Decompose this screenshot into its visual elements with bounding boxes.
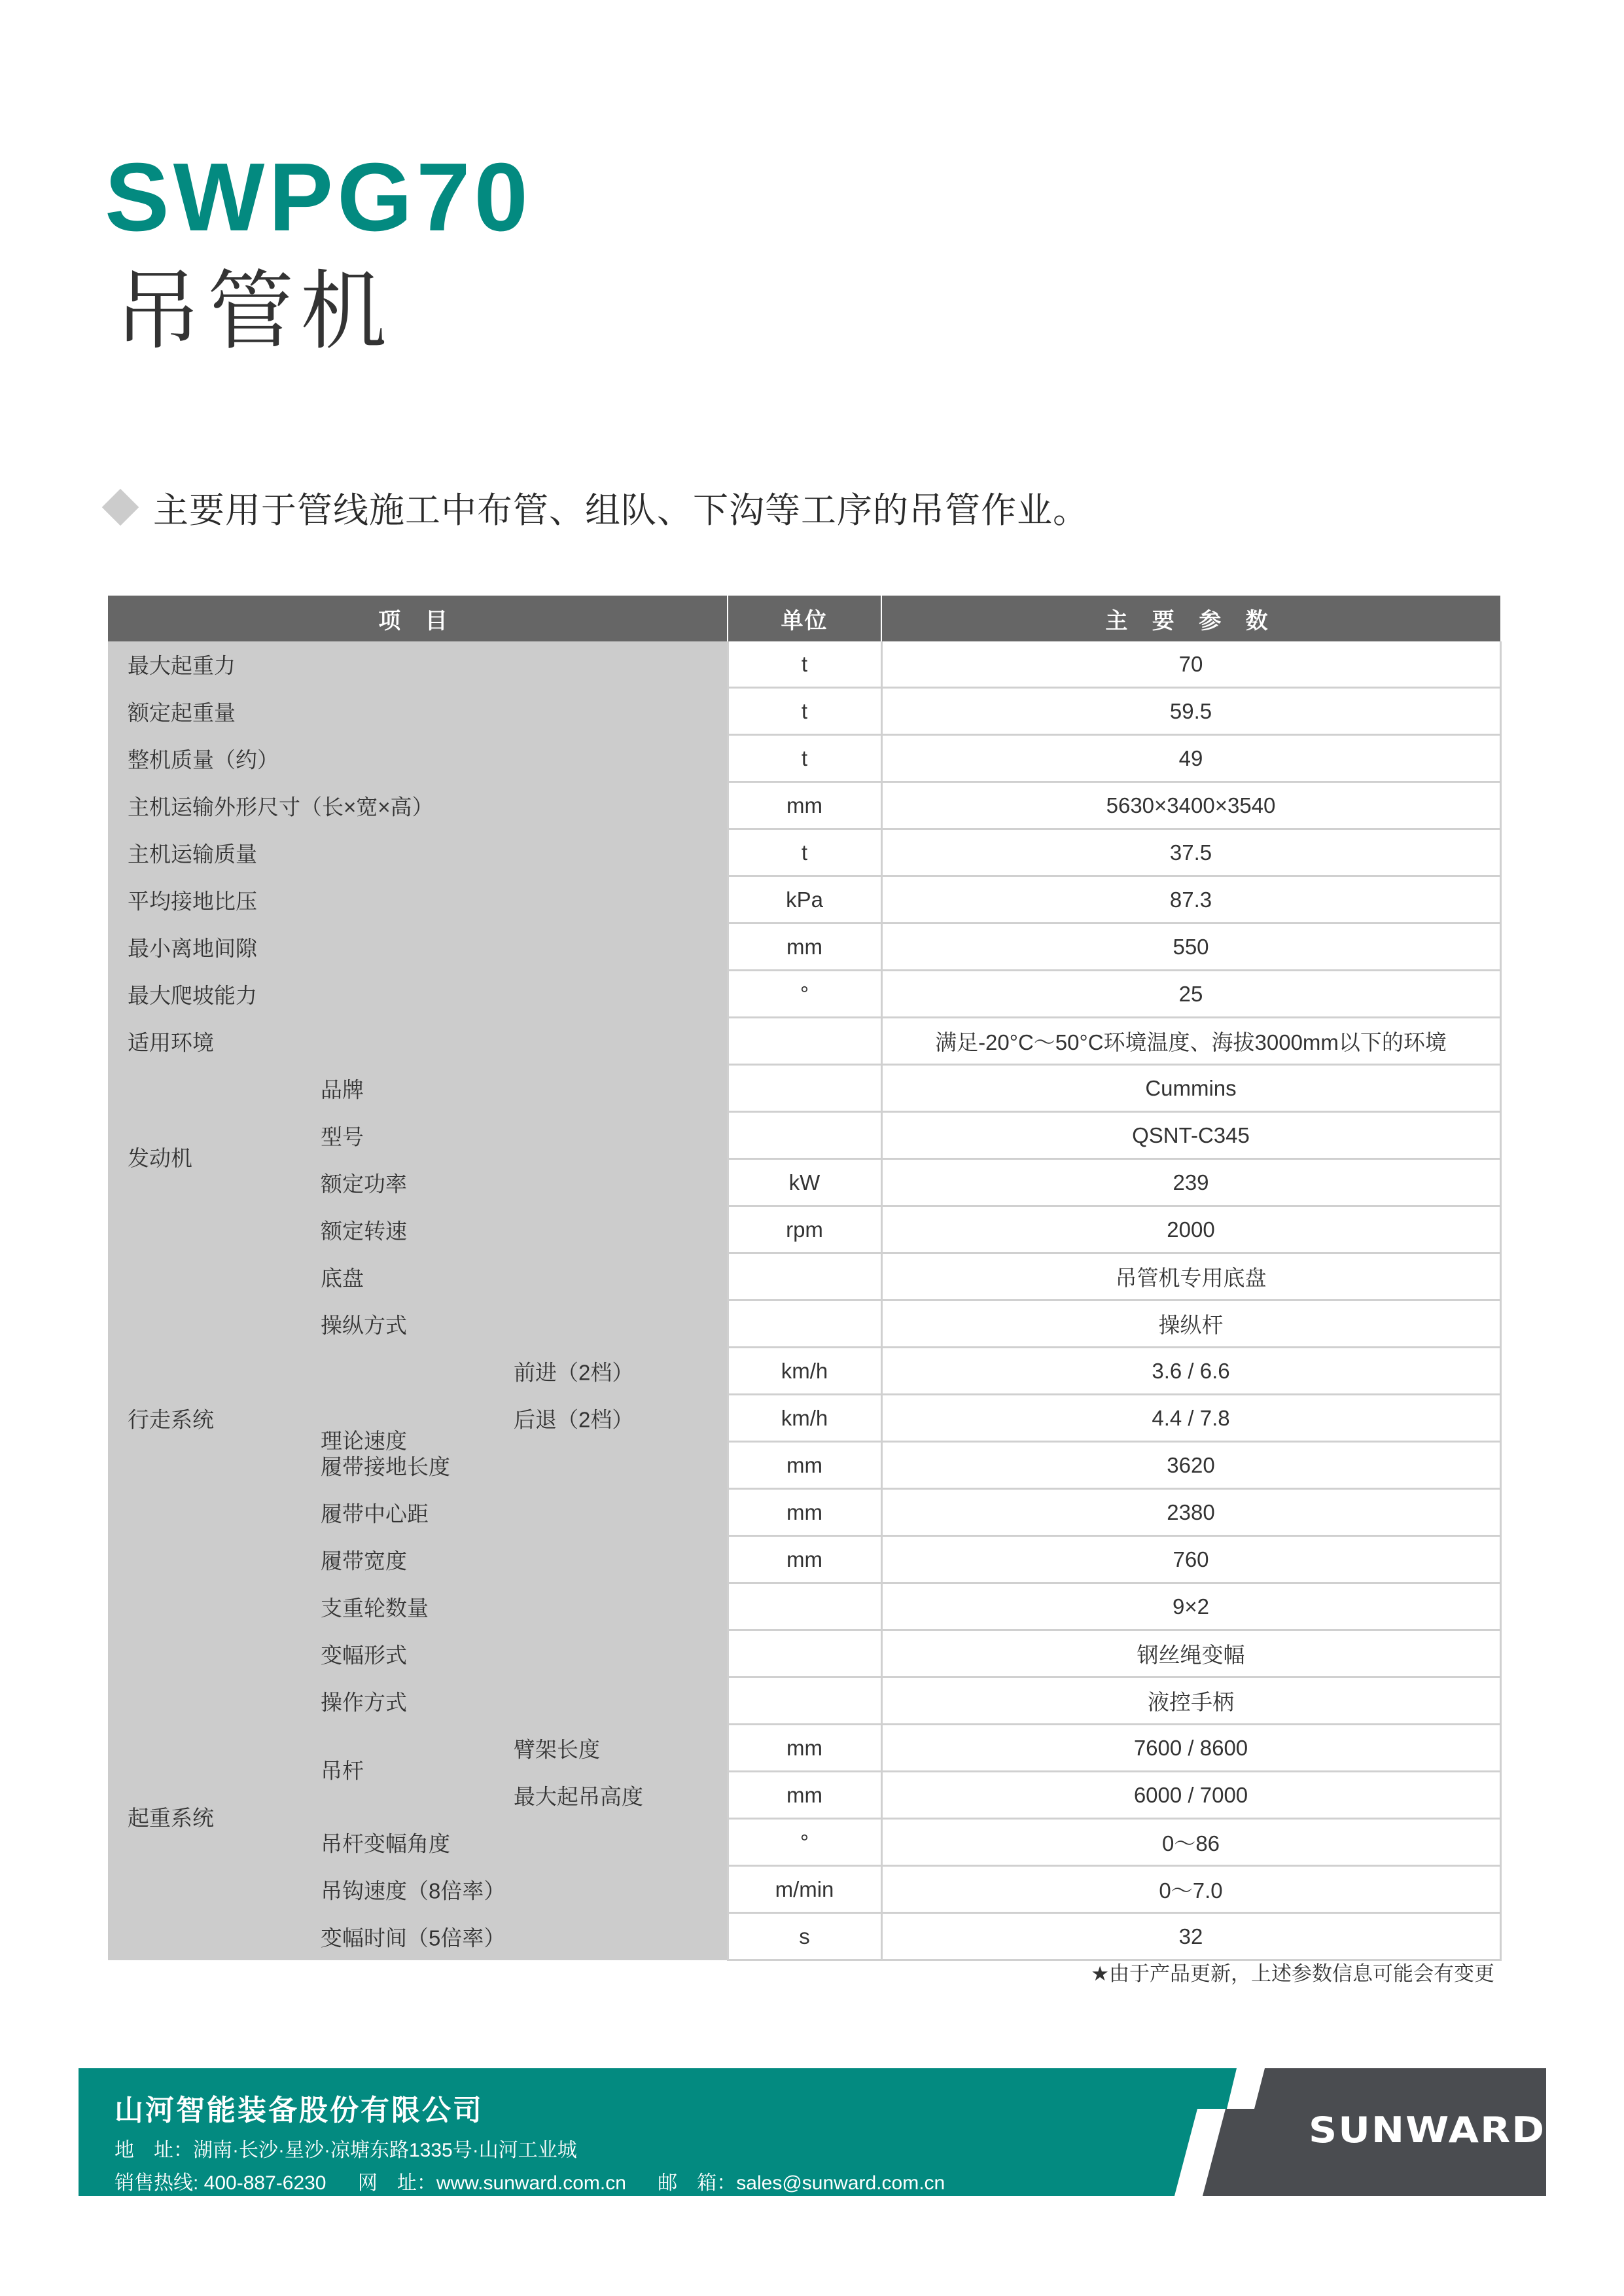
item-subcategory: 履带宽度 [321,1544,407,1575]
value-cell: 液控手柄 [881,1677,1500,1725]
item-cell: 最大起重力 [108,641,728,688]
table-row: 吊杆变幅角度°0～86 [108,1819,1500,1866]
item-category: 适用环境 [128,1026,214,1056]
unit-cell: kW [728,1159,881,1206]
item-cell: 操作方式 [108,1677,728,1725]
unit-cell: mm [728,1725,881,1772]
item-cell: 平均接地比压 [108,876,728,924]
table-row: 操纵方式操纵杆 [108,1300,1500,1348]
item-category: 主机运输质量 [128,837,257,868]
item-cell: 吊钩速度（8倍率） [108,1866,728,1913]
unit-cell: t [728,688,881,735]
unit-cell: t [728,641,881,688]
table-row: 起重系统最大起吊高度mm6000 / 7000 [108,1772,1500,1819]
table-row: 平均接地比压kPa87.3 [108,876,1500,924]
item-cell: 发动机型号 [108,1112,728,1159]
diamond-bullet-icon [102,489,139,526]
unit-cell: km/h [728,1395,881,1442]
unit-cell: mm [728,782,881,829]
item-cell: 最大爬坡能力 [108,971,728,1018]
table-row: 支重轮数量9×2 [108,1583,1500,1630]
table-row: 额定转速rpm2000 [108,1206,1500,1253]
item-cell: 底盘 [108,1253,728,1300]
item-subcategory: 品牌 [321,1073,364,1103]
footer-banner: 山河智能装备股份有限公司 地 址：湖南·长沙·星沙·凉塘东路1335号·山河工业… [79,2068,1546,2196]
table-row: 变幅时间（5倍率）s32 [108,1913,1500,1960]
item-cell: 履带接地长度 [108,1442,728,1489]
table-row: 履带宽度mm760 [108,1536,1500,1583]
table-row: 额定起重量t59.5 [108,688,1500,735]
website-link[interactable]: 网 址：www.sunward.com.cn [358,2172,626,2194]
item-category: 最小离地间隙 [128,931,257,962]
item-subcategory: 吊杆变幅角度 [321,1827,450,1857]
spec-table: 项 目 单位 主 要 参 数 最大起重力t70额定起重量t59.5整机质量（约）… [108,596,1502,1961]
table-row: 额定功率kW239 [108,1159,1500,1206]
unit-cell: kPa [728,876,881,924]
item-cell: 变幅时间（5倍率） [108,1913,728,1960]
item-subcategory: 操纵方式 [321,1308,407,1339]
disclaimer-note: ★由于产品更新，上述参数信息可能会有变更 [1091,1957,1494,1986]
item-subcategory: 变幅时间（5倍率） [321,1921,505,1952]
item-cell: 吊杆臂架长度 [108,1725,728,1772]
unit-cell: mm [728,1772,881,1819]
item-cell: 最小离地间隙 [108,924,728,971]
unit-cell [728,1677,881,1725]
value-cell: 操纵杆 [881,1300,1500,1348]
item-cell: 适用环境 [108,1018,728,1065]
unit-cell: mm [728,1536,881,1583]
value-cell: 满足-20°C～50°C环境温度、海拔3000mm以下的环境 [881,1018,1500,1065]
item-subcategory: 变幅形式 [321,1638,407,1669]
table-row: 吊钩速度（8倍率）m/min0～7.0 [108,1866,1500,1913]
table-row: 行走系统理论速度后退（2档）km/h4.4 / 7.8 [108,1395,1500,1442]
table-row: 主机运输外形尺寸（长×宽×高）mm5630×3400×3540 [108,782,1500,829]
table-header-row: 项 目 单位 主 要 参 数 [108,596,1500,641]
item-cell: 支重轮数量 [108,1583,728,1630]
item-category: 整机质量（约） [128,743,279,774]
item-category: 最大爬坡能力 [128,978,257,1009]
table-row: 发动机型号QSNT-C345 [108,1112,1500,1159]
value-cell: QSNT-C345 [881,1112,1500,1159]
unit-cell: t [728,829,881,876]
sales-hotline: 销售热线: 400-887-6230 [115,2172,327,2194]
value-cell: 49 [881,735,1500,782]
item-category: 主机运输外形尺寸（长×宽×高） [128,790,434,821]
company-name: 山河智能装备股份有限公司 [115,2087,484,2128]
item-cell: 起重系统最大起吊高度 [108,1772,728,1819]
table-row: 吊杆臂架长度mm7600 / 8600 [108,1725,1500,1772]
value-cell: 25 [881,971,1500,1018]
value-cell: 0～86 [881,1819,1500,1866]
item-category: 平均接地比压 [128,884,257,915]
unit-cell [728,1018,881,1065]
item-cell: 主机运输质量 [108,829,728,876]
value-cell: 2380 [881,1489,1500,1536]
item-subcategory: 吊钩速度（8倍率） [321,1874,505,1905]
unit-cell: km/h [728,1348,881,1395]
value-cell: 7600 / 8600 [881,1725,1500,1772]
unit-cell [728,1300,881,1348]
item-category: 额定起重量 [128,696,236,726]
item-cell: 履带宽度 [108,1536,728,1583]
unit-cell [728,1583,881,1630]
value-cell: 3.6 / 6.6 [881,1348,1500,1395]
table-row: 品牌Cummins [108,1065,1500,1112]
header-unit: 单位 [728,596,881,641]
item-cell: 前进（2档） [108,1348,728,1395]
item-cell: 额定功率 [108,1159,728,1206]
header-value: 主 要 参 数 [881,596,1500,641]
table-row: 履带接地长度mm3620 [108,1442,1500,1489]
unit-cell: mm [728,1489,881,1536]
unit-cell: rpm [728,1206,881,1253]
unit-cell: s [728,1913,881,1960]
unit-cell: mm [728,1442,881,1489]
item-cell: 品牌 [108,1065,728,1112]
item-detail: 臂架长度 [514,1732,600,1763]
item-subcategory: 履带中心距 [321,1497,429,1528]
item-cell: 整机质量（约） [108,735,728,782]
item-subcategory: 额定功率 [321,1167,407,1198]
value-cell: 760 [881,1536,1500,1583]
unit-cell: ° [728,1819,881,1866]
table-row: 最大爬坡能力°25 [108,971,1500,1018]
value-cell: 87.3 [881,876,1500,924]
item-subcategory: 底盘 [321,1261,364,1292]
item-cell: 吊杆变幅角度 [108,1819,728,1866]
table-row: 变幅形式钢丝绳变幅 [108,1630,1500,1677]
table-row: 整机质量（约）t49 [108,735,1500,782]
item-category: 行走系统 [128,1403,214,1433]
unit-cell: m/min [728,1866,881,1913]
unit-cell: ° [728,971,881,1018]
item-cell: 主机运输外形尺寸（长×宽×高） [108,782,728,829]
unit-cell [728,1253,881,1300]
table-row: 最大起重力t70 [108,641,1500,688]
unit-cell: mm [728,924,881,971]
table-row: 前进（2档）km/h3.6 / 6.6 [108,1348,1500,1395]
value-cell: 70 [881,641,1500,688]
header-item: 项 目 [108,596,728,641]
value-cell: Cummins [881,1065,1500,1112]
value-cell: 37.5 [881,829,1500,876]
item-subcategory: 履带接地长度 [321,1450,450,1480]
unit-cell [728,1630,881,1677]
value-cell: 钢丝绳变幅 [881,1630,1500,1677]
item-subcategory: 型号 [321,1120,364,1151]
value-cell: 吊管机专用底盘 [881,1253,1500,1300]
product-summary: 主要用于管线施工中布管、组队、下沟等工序的吊管作业。 [99,484,1089,530]
model-title: SWPG70 [105,149,532,246]
table-row: 适用环境满足-20°C～50°C环境温度、海拔3000mm以下的环境 [108,1018,1500,1065]
item-category: 最大起重力 [128,649,236,680]
item-detail: 最大起吊高度 [514,1780,643,1810]
table-row: 操作方式液控手柄 [108,1677,1500,1725]
item-cell: 变幅形式 [108,1630,728,1677]
item-detail: 后退（2档） [514,1403,633,1433]
value-cell: 4.4 / 7.8 [881,1395,1500,1442]
summary-text: 主要用于管线施工中布管、组队、下沟等工序的吊管作业。 [153,482,1089,533]
table-row: 底盘吊管机专用底盘 [108,1253,1500,1300]
email-link[interactable]: 邮 箱：sales@sunward.com.cn [658,2172,945,2194]
value-cell: 550 [881,924,1500,971]
value-cell: 9×2 [881,1583,1500,1630]
value-cell: 3620 [881,1442,1500,1489]
item-subcategory: 支重轮数量 [321,1591,429,1622]
unit-cell [728,1112,881,1159]
value-cell: 6000 / 7000 [881,1772,1500,1819]
spec-table-body: 最大起重力t70额定起重量t59.5整机质量（约）t49主机运输外形尺寸（长×宽… [108,641,1500,1960]
sunward-logo: SUNWARD [1309,2110,1545,2151]
value-cell: 5630×3400×3540 [881,782,1500,829]
value-cell: 32 [881,1913,1500,1960]
table-row: 最小离地间隙mm550 [108,924,1500,971]
item-subcategory: 操作方式 [321,1685,407,1716]
item-subcategory: 额定转速 [321,1214,407,1245]
value-cell: 59.5 [881,688,1500,735]
value-cell: 2000 [881,1206,1500,1253]
unit-cell: t [728,735,881,782]
item-detail: 前进（2档） [514,1355,633,1386]
value-cell: 239 [881,1159,1500,1206]
item-cell: 行走系统理论速度后退（2档） [108,1395,728,1442]
contact-line: 销售热线: 400-887-6230 网 址：www.sunward.com.c… [115,2166,971,2195]
unit-cell [728,1065,881,1112]
item-cell: 额定转速 [108,1206,728,1253]
item-cell: 履带中心距 [108,1489,728,1536]
product-name: 吊管机 [115,268,393,355]
value-cell: 0～7.0 [881,1866,1500,1913]
item-cell: 操纵方式 [108,1300,728,1348]
table-row: 履带中心距mm2380 [108,1489,1500,1536]
table-row: 主机运输质量t37.5 [108,829,1500,876]
item-cell: 额定起重量 [108,688,728,735]
company-address: 地 址：湖南·长沙·星沙·凉塘东路1335号·山河工业城 [115,2134,577,2162]
